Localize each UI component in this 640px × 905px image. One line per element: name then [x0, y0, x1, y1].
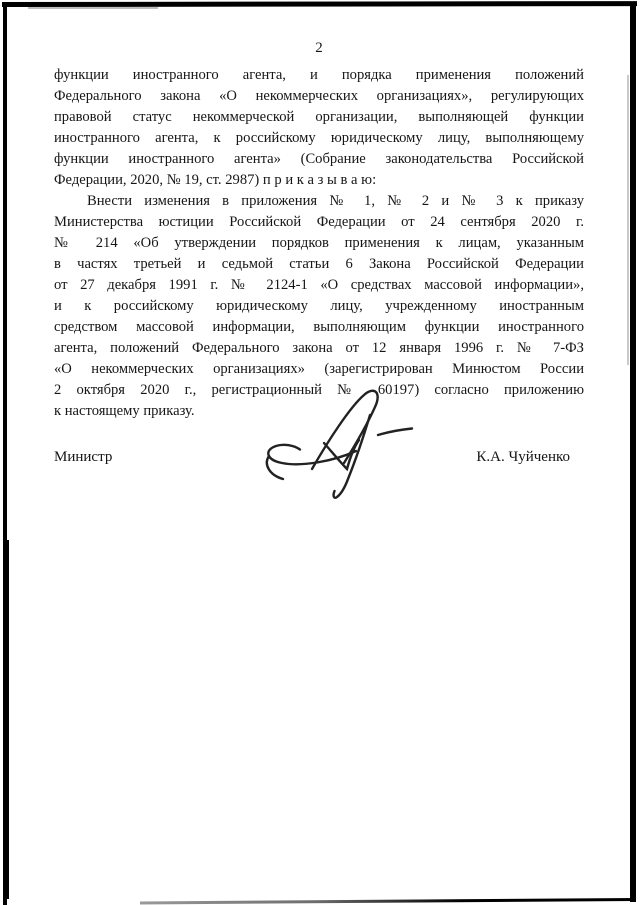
scan-border-right-shadow: [627, 75, 629, 365]
scan-smudge: [28, 7, 158, 9]
text-line: иностранного агента, к российскому юриди…: [54, 128, 584, 149]
text-line: Внести изменения в приложения № 1, № 2 и…: [54, 191, 584, 212]
signatory-name: К.А. Чуйченко: [476, 447, 570, 467]
scan-border-left-lower: [3, 540, 9, 899]
signature: [256, 385, 440, 505]
text-line: в частях третьей и седьмой статьи 6 Зако…: [54, 254, 584, 275]
document-page: { "page": { "number": "2" }, "body": { "…: [0, 0, 640, 905]
text-line: Федерации, 2020, № 19, ст. 2987) п р и к…: [54, 170, 584, 191]
signatory-title: Министр: [54, 447, 112, 467]
page-number: 2: [54, 38, 584, 59]
text-line: агента, положений Федерального закона от…: [54, 338, 584, 359]
text-line: и к российскому юридическому лицу, учреж…: [54, 296, 584, 317]
text-line: функции иностранного агента» (Собрание з…: [54, 149, 584, 170]
signature-stroke: [378, 429, 412, 436]
scan-border-right: [630, 2, 636, 902]
text-line: правовой статус некоммерческой организац…: [54, 107, 584, 128]
text-line: Федерального закона «О некоммерческих ор…: [54, 86, 584, 107]
document-body: функции иностранного агента, и порядка п…: [54, 65, 584, 422]
signoff-row: Министр К.А. Чуйченко: [54, 447, 584, 467]
text-line: «О некоммерческих организациях» (зарегис…: [54, 359, 584, 380]
text-line: средством массовой информации, выполняющ…: [54, 317, 584, 338]
scan-border-bottom: [140, 898, 636, 904]
text-line: № 214 «Об утверждении порядков применени…: [54, 233, 584, 254]
text-line: Министерства юстиции Российской Федераци…: [54, 212, 584, 233]
text-line: от 27 декабря 1991 г. № 2124-1 «О средст…: [54, 275, 584, 296]
text-line: функции иностранного агента, и порядка п…: [54, 65, 584, 86]
